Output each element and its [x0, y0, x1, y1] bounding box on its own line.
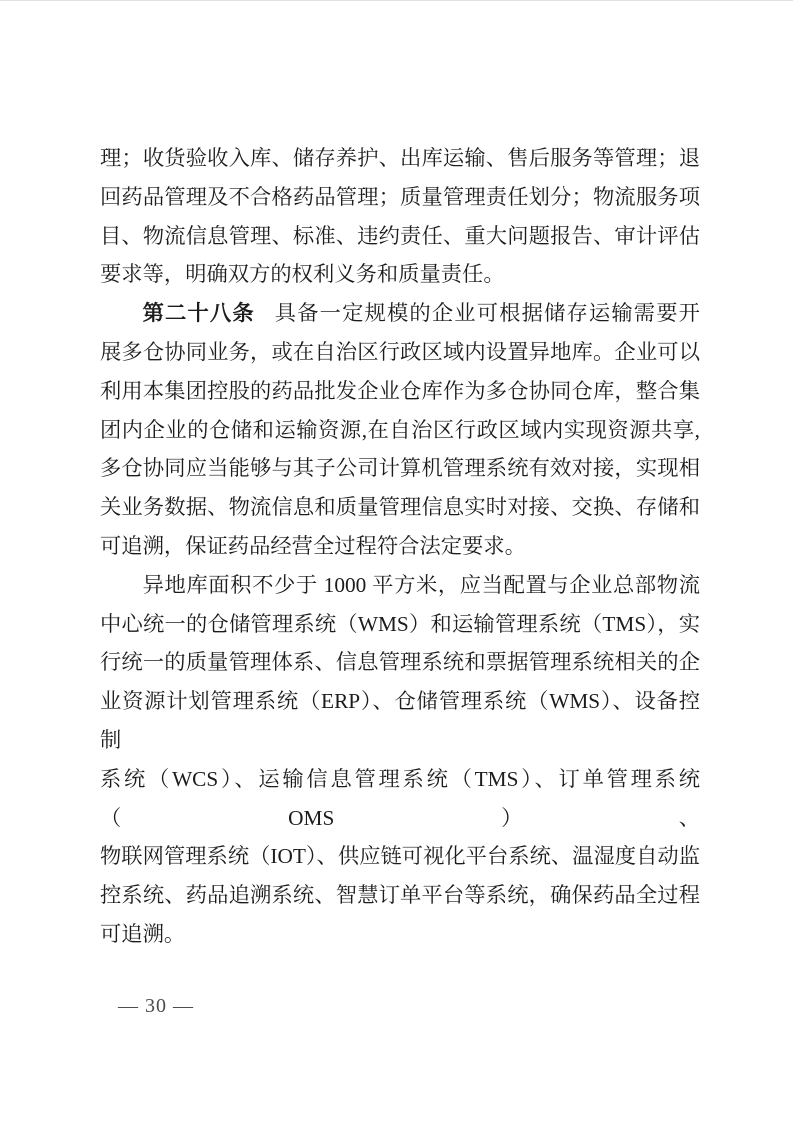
paragraph-remote-warehouse: 异地库面积不少于 1000 平方米，应当配置与企业总部物流 中心统一的仓储管理系…: [100, 566, 700, 954]
document-body: 理；收货验收入库、储存养护、出库运输、售后服务等管理；退 回药品管理及不合格药品…: [100, 139, 700, 954]
text-line: 行统一的质量管理体系、信息管理系统和票据管理系统相关的企: [100, 643, 700, 682]
paragraph-article-28: 第二十八条具备一定规模的企业可根据储存运输需要开 展多仓协同业务，或在自治区行政…: [100, 294, 700, 566]
document-page: 理；收货验收入库、储存养护、出库运输、售后服务等管理；退 回药品管理及不合格药品…: [0, 0, 793, 1122]
text-line-article-start: 第二十八条具备一定规模的企业可根据储存运输需要开: [100, 294, 700, 333]
text-line: 要求等，明确双方的权利义务和质量责任。: [100, 255, 700, 294]
text-line: 可追溯。: [100, 915, 700, 954]
text-line: 物联网管理系统（IOT）、供应链可视化平台系统、温湿度自动监: [100, 837, 700, 876]
text-line: 展多仓协同业务，或在自治区行政区域内设置异地库。企业可以: [100, 333, 700, 372]
text-run: 具备一定规模的企业可根据储存运输需要开: [275, 301, 700, 325]
text-line: 中心统一的仓储管理系统（WMS）和运输管理系统（TMS），实: [100, 605, 700, 644]
text-line: 理；收货验收入库、储存养护、出库运输、售后服务等管理；退: [100, 139, 700, 178]
text-line: 目、物流信息管理、标准、违约责任、重大问题报告、审计评估: [100, 217, 700, 256]
text-line: 系统（WCS）、运输信息管理系统（TMS）、订单管理系统（OMS）、: [100, 760, 700, 838]
paragraph-continuation: 理；收货验收入库、储存养护、出库运输、售后服务等管理；退 回药品管理及不合格药品…: [100, 139, 700, 294]
page-number: — 30 —: [118, 994, 194, 1018]
text-line: 团内企业的仓储和运输资源,在自治区行政区域内实现资源共享,: [100, 411, 700, 450]
text-line: 多仓协同应当能够与其子公司计算机管理系统有效对接，实现相: [100, 449, 700, 488]
text-line: 控系统、药品追溯系统、智慧订单平台等系统，确保药品全过程: [100, 876, 700, 915]
text-line: 利用本集团控股的药品批发企业仓库作为多仓协同仓库，整合集: [100, 372, 700, 411]
text-line: 可追溯，保证药品经营全过程符合法定要求。: [100, 527, 700, 566]
text-line: 业资源计划管理系统（ERP）、仓储管理系统（WMS）、设备控制: [100, 682, 700, 760]
text-line: 回药品管理及不合格药品管理；质量管理责任划分；物流服务项: [100, 178, 700, 217]
article-number-heading: 第二十八条: [143, 301, 255, 325]
text-line: 异地库面积不少于 1000 平方米，应当配置与企业总部物流: [100, 566, 700, 605]
text-line: 关业务数据、物流信息和质量管理信息实时对接、交换、存储和: [100, 488, 700, 527]
